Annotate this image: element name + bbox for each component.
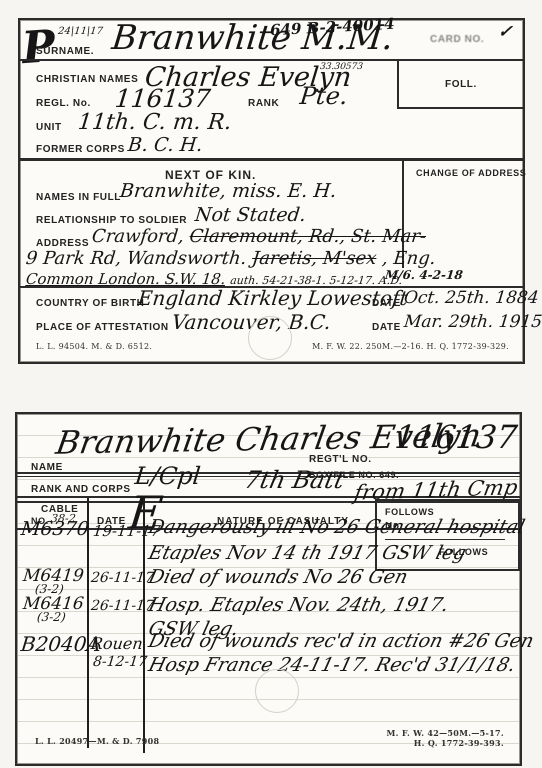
casualty-row-date: 26-11-17	[90, 598, 155, 614]
battalion-value: 7th Batt	[242, 466, 347, 494]
unit-value: 11th. C. m. R.	[77, 110, 233, 135]
foll-label: FOLL.	[445, 79, 477, 90]
place-of-attestation-label: PLACE OF ATTESTATION	[36, 322, 169, 333]
service-record-card: P 24|11|17 649 B-2-40014 CARD NO. ✓ SURN…	[18, 18, 525, 364]
corner-scribble: 24|11|17	[57, 26, 103, 37]
casualty-row-cable-sub: (3-2)	[36, 610, 66, 624]
relationship-value: Not Stated.	[194, 204, 307, 226]
casualty-row-date: Rouen	[90, 634, 144, 653]
address-line2: 9 Park Rd, Wandsworth. Jaretis, M'sex , …	[25, 248, 437, 269]
divider	[20, 158, 523, 161]
names-in-full-value: Branwhite, miss. E. H.	[119, 180, 338, 202]
relationship-label: RELATIONSHIP TO SOLDIER	[36, 215, 187, 226]
casualty-row-date2: 8-12-17	[92, 654, 148, 670]
divider	[385, 539, 505, 540]
birth-date-label: DATE	[372, 298, 401, 309]
card-no-label: CARD NO.	[430, 34, 484, 45]
attestation-date-label: DATE	[372, 322, 401, 333]
regtl-no-value: 116137	[393, 418, 519, 456]
casualty-row-date: 26-11-17	[90, 570, 155, 586]
casualty-row-text: Died of wounds rec'd in action #26 Gen	[146, 630, 536, 652]
checkmark: ✓	[497, 22, 513, 42]
rank-value: Pte.	[299, 82, 350, 110]
country-of-birth-label: COUNTRY OF BIRTH	[36, 298, 145, 309]
casualty-record-card: NAME Branwhite Charles Evelyn REGT'L NO.…	[15, 412, 522, 766]
regl-no-value: 116137	[113, 84, 211, 113]
address-line1-kept: Crawford,	[91, 226, 185, 247]
casualty-row-text: Hosp. Etaples Nov. 24th, 1917.	[146, 594, 451, 616]
names-in-full-label: NAMES IN FULL	[36, 192, 121, 203]
birth-date-value: Oct. 25th. 1884	[403, 288, 540, 308]
surname-value: Branwhite M.M.	[110, 18, 395, 58]
surname-label: SURNAME.	[36, 46, 94, 57]
rank-and-corps-label: RANK AND CORPS	[31, 484, 131, 495]
card2-form-number-left: L. L. 20497—M. & D. 7908	[35, 736, 159, 746]
regtl-no-label: REGT'L NO.	[309, 454, 372, 465]
foll-box: FOLL.	[397, 59, 525, 109]
card1-form-number-right: M. F. W. 22. 250M.—2-16. H. Q. 1772-39-3…	[312, 342, 509, 351]
casualty-row-text: Etaples Nov 14 th 1917 GSW leg	[146, 542, 468, 564]
card2-form-number-right2: H. Q. 1772-39-393.	[414, 738, 504, 748]
address-line2-kept: 9 Park Rd, Wandsworth.	[25, 248, 248, 269]
card1-form-number-left: L. L. 94504. M. & D. 6512.	[36, 342, 152, 351]
change-of-address-label: CHANGE OF ADDRESS	[416, 168, 526, 178]
card2-form-number-right1: M. F. W. 42—50M.—5-17.	[387, 728, 505, 738]
hole-punch-mark	[248, 316, 292, 360]
margin-note: M/6. 4-2-18	[384, 268, 463, 282]
former-corps-value: B. C. H.	[127, 134, 204, 156]
casualty-row-text: Died of wounds No 26 Gen	[146, 566, 410, 588]
former-corps-label: FORMER CORPS	[36, 144, 125, 155]
rank-label: RANK	[248, 98, 279, 109]
address-line2-end: , Eng.	[381, 248, 437, 269]
address-line1-struck: Claremount, Rd., St. Mar-	[189, 226, 428, 247]
address-line1: Crawford, Claremount, Rd., St. Mar-	[91, 226, 427, 247]
hole-punch-mark	[255, 669, 299, 713]
casualty-row-text: Hosp France 24-11-17. Rec'd 31/1/18.	[146, 654, 518, 676]
country-of-birth-value: England Kirkley Lowestoft	[137, 286, 409, 310]
scanned-record-page: P 24|11|17 649 B-2-40014 CARD NO. ✓ SURN…	[0, 0, 542, 768]
address-line2-struck: Jaretis, M'sex	[251, 248, 378, 269]
casualty-row-cable: M6370	[20, 518, 90, 540]
regl-no-label: REGL. No.	[36, 98, 91, 109]
unit-label: UNIT	[36, 122, 62, 133]
attestation-date-value: Mar. 29th. 1915.	[403, 312, 542, 332]
casualty-row-text: Dangerously ill No 26 General hospital	[146, 516, 527, 538]
